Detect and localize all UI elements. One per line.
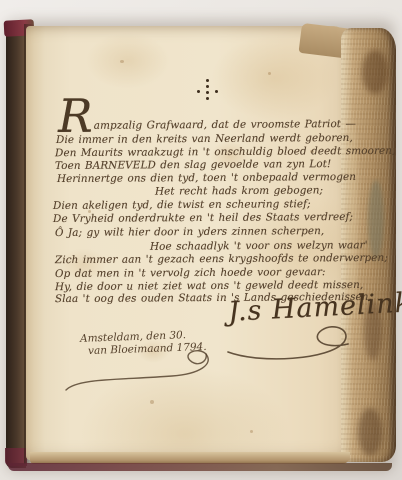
poem-line-text: Herinnertge ons dien tyd, toen 't onbepa… xyxy=(57,171,356,185)
poem-line-text: ampzalig Grafwaard, dat de vroomste Patr… xyxy=(94,118,356,132)
edge-stain xyxy=(362,50,388,94)
poem-line: Hoe schaadlyk 't voor ons welzyn waar' xyxy=(150,239,368,253)
poem-line-text: Toen BARNEVELD den slag gevoelde van zyn… xyxy=(55,158,331,172)
poem-line: Den Maurits wraakzugt in 't onschuldig b… xyxy=(55,145,396,159)
poem-line-text: Dien akeligen tyd, die twist en scheurin… xyxy=(53,198,311,212)
foxing-speck xyxy=(268,72,271,75)
poem-line-text: Op dat men in 't vervolg zich hoede voor… xyxy=(55,266,326,280)
ornament-dot xyxy=(206,85,209,88)
ornament-dot xyxy=(197,90,200,93)
poem-line: Zich immer aan 't gezach eens krygshoofd… xyxy=(55,252,388,266)
poem-line-text: Die immer in den kreits van Neerland wer… xyxy=(56,132,353,146)
edge-stain xyxy=(358,408,382,456)
cover-board-edge xyxy=(8,463,392,471)
ornament-dot xyxy=(206,91,209,94)
poem-line: Het recht hads krom gebogen; xyxy=(155,184,323,197)
poem-line-text: Ô Ja; gy wilt hier door in yders zinnen … xyxy=(55,225,324,239)
poem-line: De Vryheid onderdrukte en 't heil des St… xyxy=(53,211,353,225)
ornament-dot xyxy=(215,90,218,93)
dateline-flourish xyxy=(60,348,220,398)
poem-line: Herinnertge ons dien tyd, toen 't onbepa… xyxy=(57,171,356,185)
poem-line-text: De Vryheid onderdrukte en 't heil des St… xyxy=(53,211,353,225)
ornament-dot xyxy=(206,97,209,100)
poem-line: Toen BARNEVELD den slag gevoelde van zyn… xyxy=(55,158,331,172)
poem-line: Die immer in den kreits van Neerland wer… xyxy=(56,132,353,146)
poem-line: Ô Ja; gy wilt hier door in yders zinnen … xyxy=(55,225,324,239)
book-spine xyxy=(6,22,26,468)
poem-line: Dien akeligen tyd, die twist en scheurin… xyxy=(53,198,311,212)
poem-line: Op dat men in 't vervolg zich hoede voor… xyxy=(55,266,326,280)
ornament-dot xyxy=(206,79,209,82)
poem-line-text: Het recht hads krom gebogen; xyxy=(155,184,323,197)
foxing-speck xyxy=(120,60,124,63)
edge-stain xyxy=(368,180,384,260)
poem-line-text: Zich immer aan 't gezach eens krygshoofd… xyxy=(55,252,388,266)
poem-line-text: Hoe schaadlyk 't voor ons welzyn waar' xyxy=(150,239,368,253)
poem-line: Rampzalig Grafwaard, dat de vroomste Pat… xyxy=(58,111,356,132)
foxing-speck xyxy=(250,430,253,433)
photo-of-open-book: Rampzalig Grafwaard, dat de vroomste Pat… xyxy=(0,0,402,480)
signature-flourish xyxy=(222,318,362,364)
poem-line-text: Den Maurits wraakzugt in 't onschuldig b… xyxy=(55,145,396,159)
foxing-speck xyxy=(150,400,154,404)
